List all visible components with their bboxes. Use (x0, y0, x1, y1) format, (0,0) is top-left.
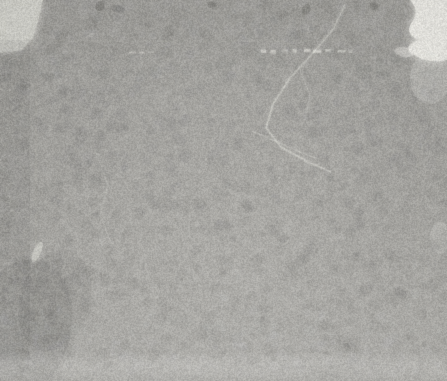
stele-photo-canvas (0, 0, 447, 381)
stone-stele-photo (0, 0, 447, 381)
